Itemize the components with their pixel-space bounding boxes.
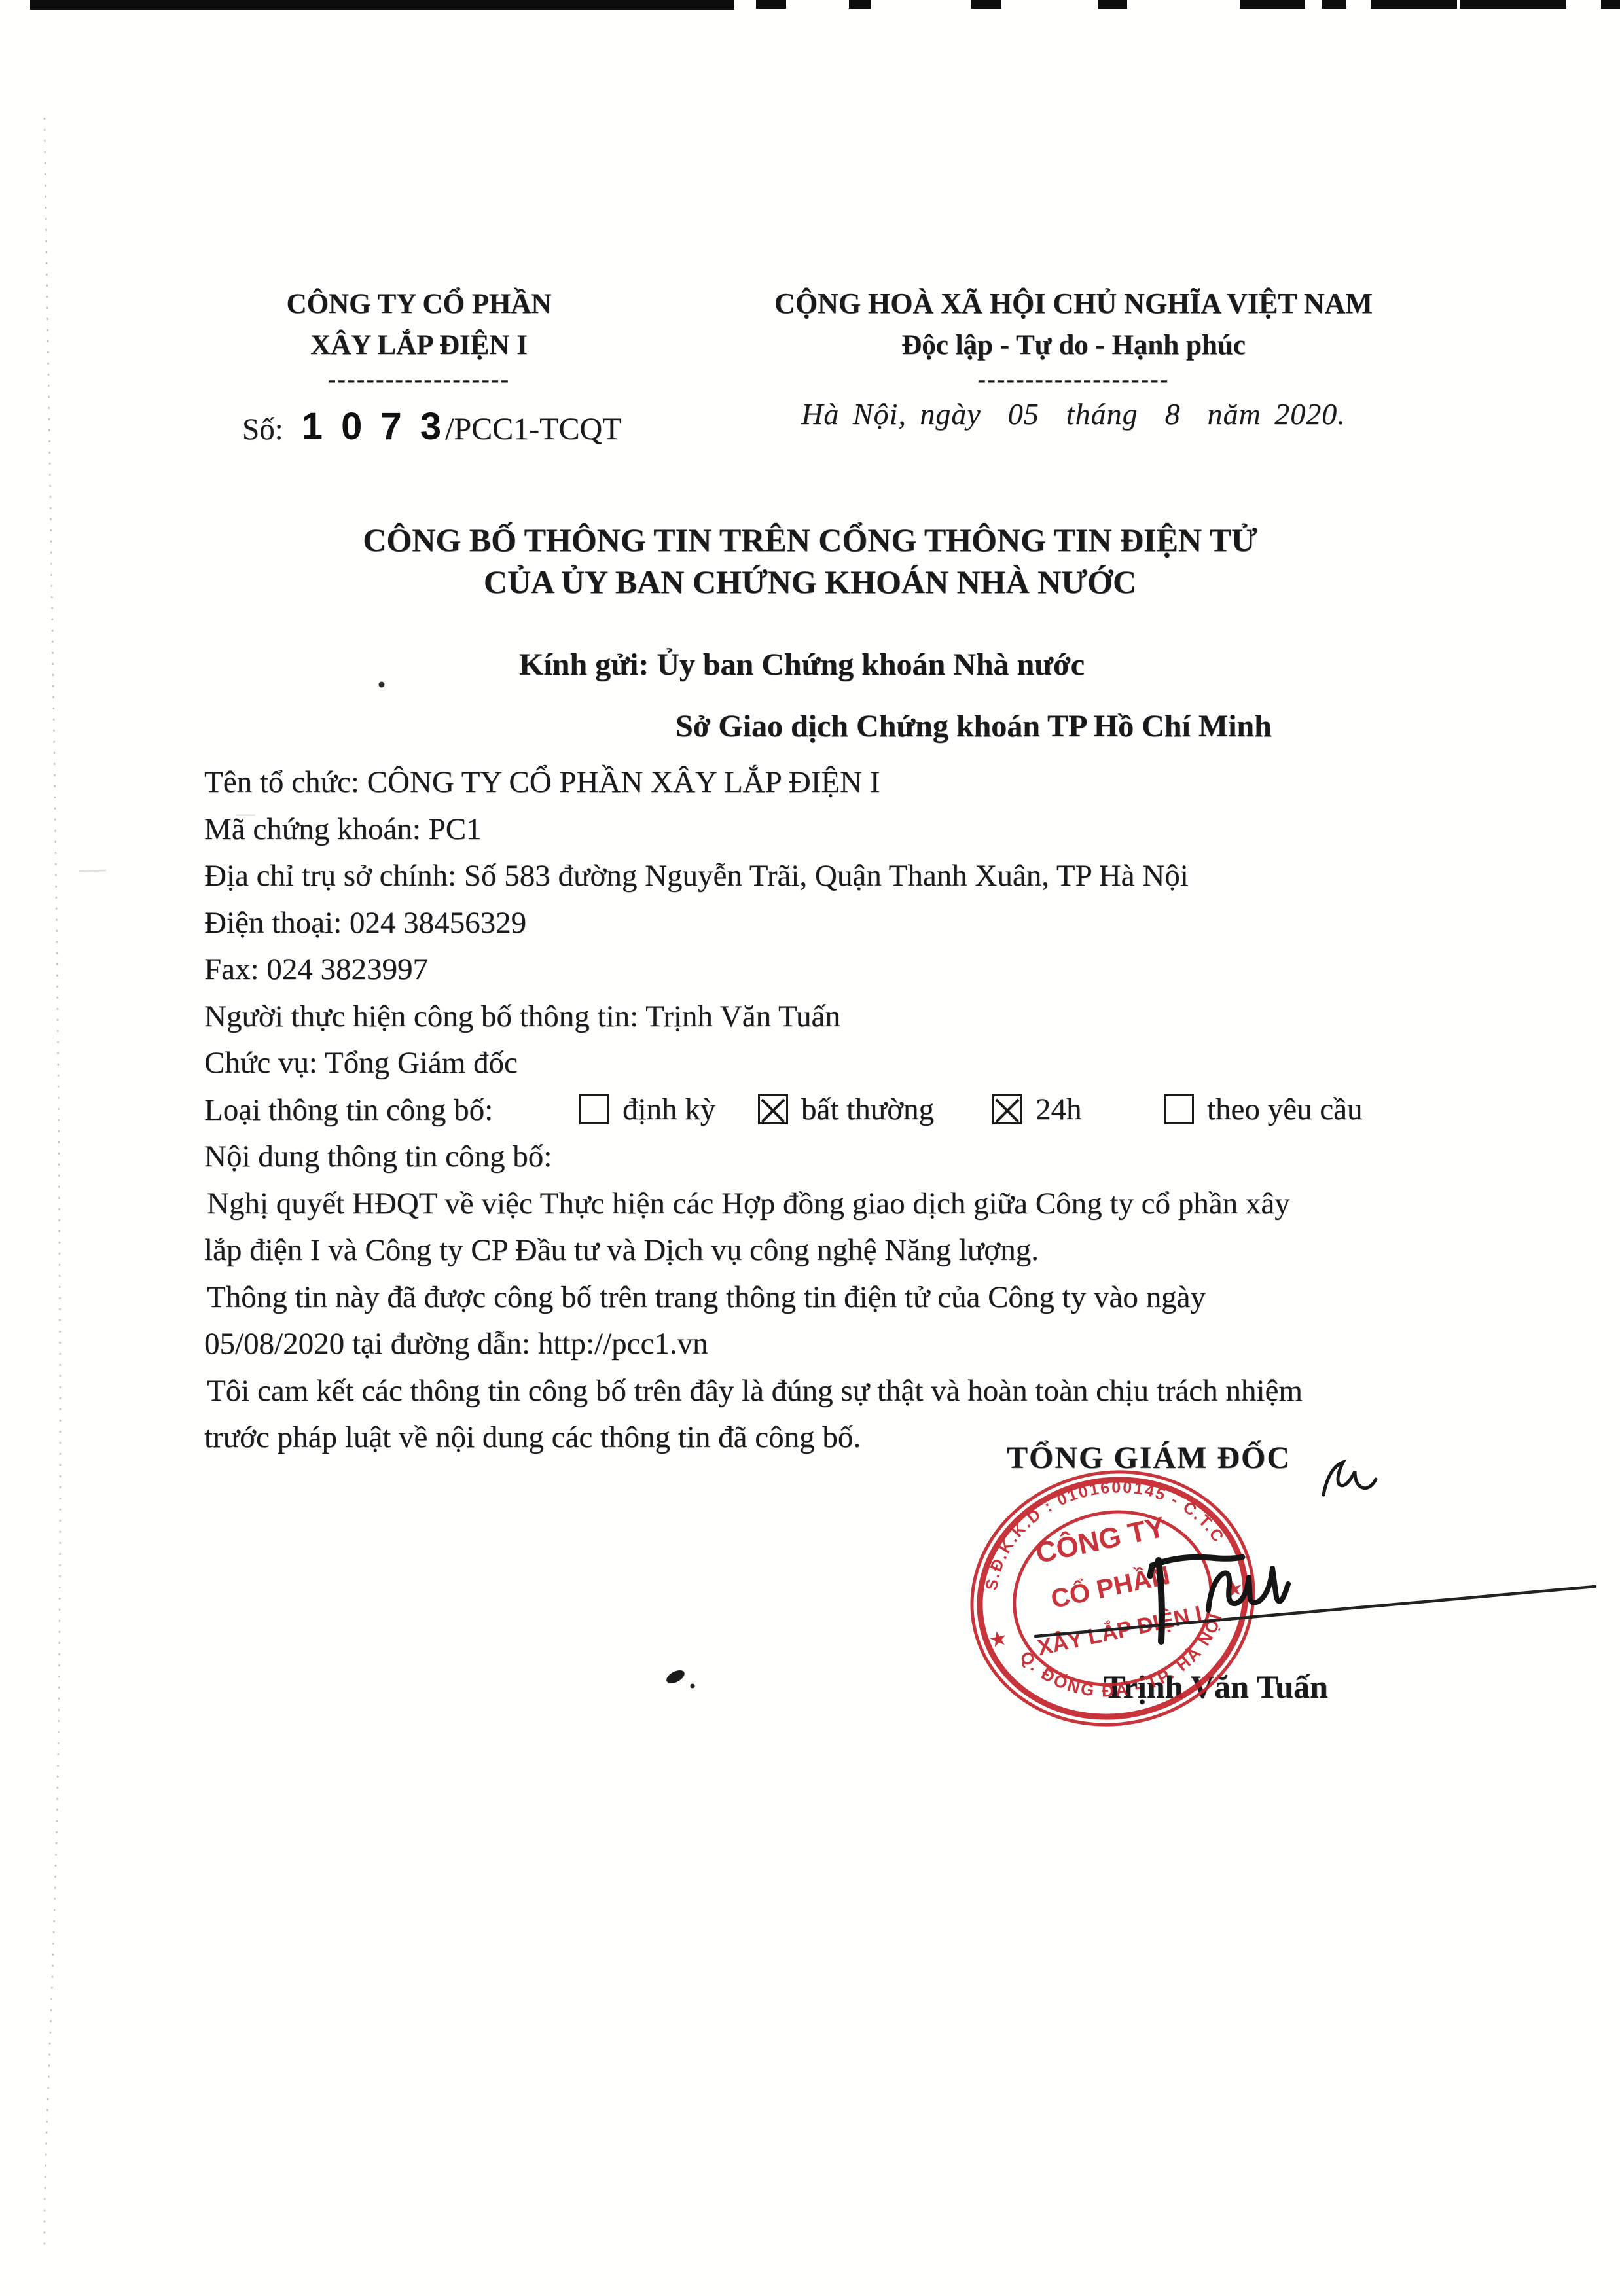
checkbox-periodic [579, 1094, 609, 1124]
disclosure-option-irregular: bất thường [758, 1089, 934, 1130]
field-organization-name: Tên tổ chức: CÔNG TY CỔ PHẦN XÂY LẮP ĐIỆ… [204, 764, 880, 800]
disclosure-option-periodic: định kỳ [579, 1089, 715, 1130]
scan-artifact-top-bar [30, 0, 734, 10]
scan-artifact-dash [1098, 0, 1127, 9]
checkbox-24h [992, 1094, 1022, 1124]
motto-divider: -------------------- [720, 373, 1427, 386]
seal-right-star-icon: ★ [1224, 1577, 1244, 1601]
scan-artifact-dash [1460, 0, 1566, 9]
scan-artifact-dash [1240, 0, 1305, 9]
ink-blot [664, 1668, 687, 1686]
document-title-line1: CÔNG BỐ THÔNG TIN TRÊN CỔNG THÔNG TIN ĐI… [0, 519, 1620, 561]
scan-artifact-dash [971, 0, 1001, 9]
document-number-label: Số: [242, 412, 283, 447]
field-ticker-symbol: Mã chứng khoán: PC1 [204, 812, 482, 847]
ink-blot-dot [691, 1684, 695, 1689]
checkbox-irregular-label: bất thường [801, 1092, 934, 1127]
sender-company-line1: CÔNG TY CỔ PHẦN [216, 288, 622, 320]
document-number-stamped: 1 0 7 3 [302, 404, 445, 448]
seal-center-line2: CỔ PHẦN [1048, 1559, 1172, 1614]
commitment-line1: Tôi cam kết các thông tin công bố trên đ… [207, 1373, 1303, 1408]
company-seal-stamp: S.Đ.K.K.D : 0101600145 - C.T.C Q. ĐỐNG Đ… [942, 1440, 1283, 1757]
document-title-line2: CỦA ỦY BAN CHỨNG KHOÁN NHÀ NƯỚC [0, 561, 1620, 603]
recipient-line1: Kính gửi: Ủy ban Chứng khoán Nhà nước [519, 647, 1085, 683]
sender-block: CÔNG TY CỔ PHẦN XÂY LẮP ĐIỆN I ---------… [216, 288, 622, 386]
document-number: Số:1 0 7 3/PCC1-TCQT [242, 404, 621, 448]
initial-scribble [1323, 1462, 1376, 1495]
scan-artifact-dash [1371, 0, 1457, 9]
scan-artifact-dash [849, 0, 871, 9]
national-motto-block: CỘNG HOÀ XÃ HỘI CHỦ NGHĨA VIỆT NAM Độc l… [720, 287, 1427, 431]
scan-artifact-dash [756, 0, 786, 9]
field-head-office-address: Địa chỉ trụ sở chính: Số 583 đường Nguyễ… [204, 858, 1189, 893]
field-position: Chức vụ: Tổng Giám đốc [204, 1045, 518, 1081]
document-number-suffix: /PCC1-TCQT [445, 411, 621, 447]
sender-divider: ------------------- [216, 373, 622, 386]
ink-speck [379, 682, 385, 688]
sender-company-line2: XÂY LẮP ĐIỆN I [216, 329, 622, 361]
content-line1: Nghị quyết HĐQT về việc Thực hiện các Hợ… [207, 1186, 1290, 1221]
checkbox-24h-label: 24h [1035, 1092, 1082, 1127]
checkbox-periodic-label: định kỳ [622, 1092, 715, 1127]
ink-speck [79, 870, 106, 872]
content-heading: Nội dung thông tin công bố: [204, 1139, 552, 1174]
content-line4: 05/08/2020 tại đường dẫn: http://pcc1.vn [204, 1326, 708, 1361]
disclosure-option-on-request: theo yêu cầu [1164, 1089, 1363, 1130]
content-line2: lắp điện I và Công ty CP Đầu tư và Dịch … [204, 1232, 1039, 1268]
national-title: CỘNG HOÀ XÃ HỘI CHỦ NGHĨA VIỆT NAM [720, 287, 1427, 320]
field-telephone: Điện thoại: 024 38456329 [204, 905, 526, 941]
checkbox-on-request [1164, 1094, 1194, 1124]
checkbox-irregular [758, 1094, 788, 1124]
place-date-line: Hà Nội, ngày 05 tháng 8 năm 2020. [720, 397, 1427, 431]
seal-left-star-icon: ★ [988, 1627, 1009, 1651]
national-motto: Độc lập - Tự do - Hạnh phúc [720, 329, 1427, 361]
field-fax: Fax: 024 3823997 [204, 952, 428, 987]
recipient-line2: Sở Giao dịch Chứng khoán TP Hồ Chí Minh [675, 708, 1272, 744]
disclosure-option-24h: 24h [992, 1089, 1082, 1130]
document-title: CÔNG BỐ THÔNG TIN TRÊN CỔNG THÔNG TIN ĐI… [0, 519, 1620, 603]
scanned-document-page: CÔNG TY CỔ PHẦN XÂY LẮP ĐIỆN I ---------… [0, 0, 1620, 2296]
seal-center-line1: CÔNG TY [1033, 1510, 1168, 1570]
content-line3: Thông tin này đã được công bố trên trang… [207, 1280, 1206, 1315]
commitment-line2: trước pháp luật về nội dung các thông ti… [204, 1420, 861, 1455]
scan-fold-line [45, 118, 60, 2251]
scan-artifact-dash [1601, 0, 1620, 9]
disclosure-type-label: Loại thông tin công bố: [204, 1092, 493, 1128]
checkbox-on-request-label: theo yêu cầu [1207, 1092, 1363, 1127]
scan-artifact-dash [1322, 0, 1346, 9]
field-discloser-name: Người thực hiện công bố thông tin: Trịnh… [204, 999, 840, 1034]
